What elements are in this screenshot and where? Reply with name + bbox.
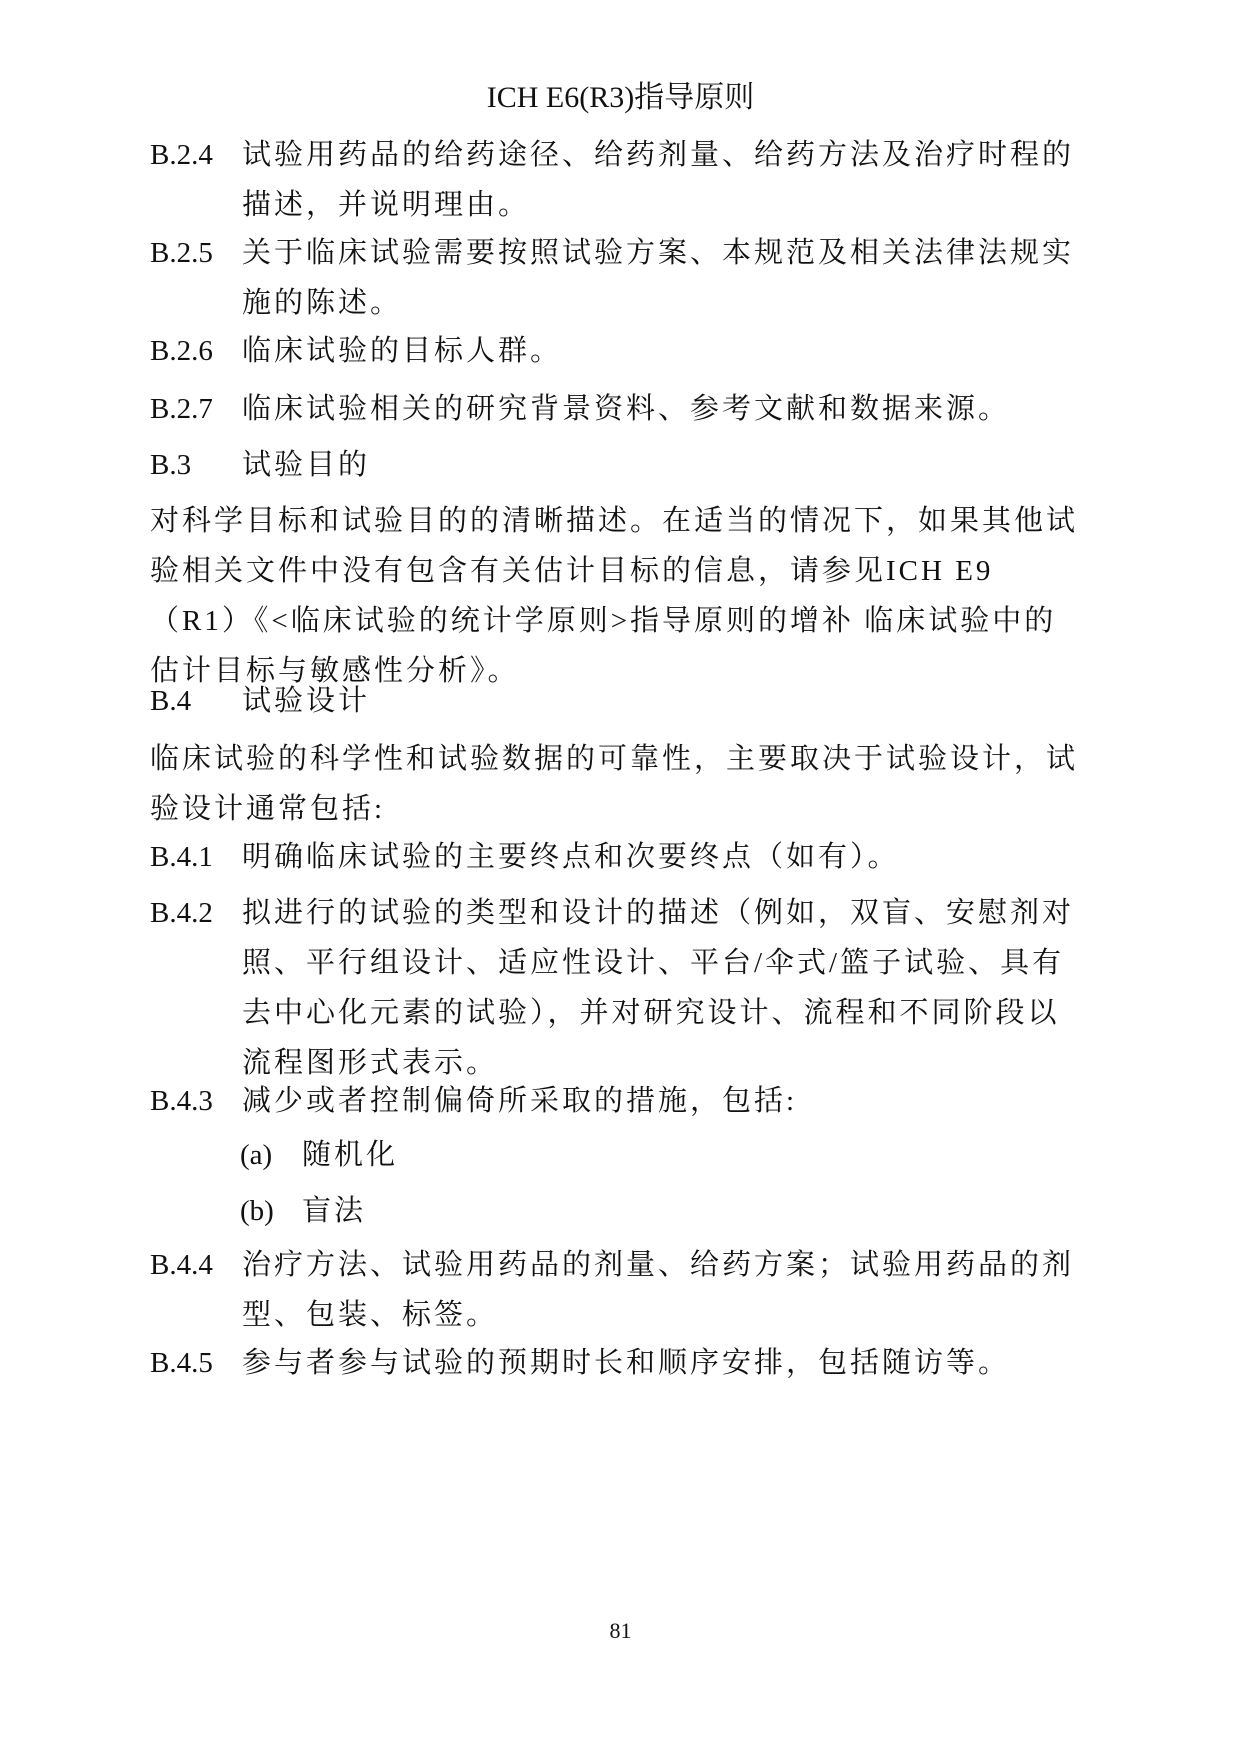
section-b-2-6: B.2.6 临床试验的目标人群。 [150, 326, 1080, 376]
section-b-3-heading: B.3 试验目的 [150, 440, 1080, 490]
paragraph-b-4: 临床试验的科学性和试验数据的可靠性，主要取决于试验设计，试验设计通常包括: [150, 734, 1080, 834]
section-text: 临床试验的目标人群。 [242, 326, 1080, 376]
section-b-2-5: B.2.5 关于临床试验需要按照试验方案、本规范及相关法律法规实施的陈述。 [150, 228, 1080, 328]
section-title: 试验设计 [242, 676, 1080, 726]
section-b-4-heading: B.4 试验设计 [150, 676, 1080, 726]
section-number: B.4 [150, 676, 242, 726]
subitem-b: (b) 盲法 [240, 1186, 366, 1236]
section-b-4-5: B.4.5 参与者参与试验的预期时长和顺序安排，包括随访等。 [150, 1338, 1080, 1388]
section-number: B.4.2 [150, 888, 242, 1088]
section-number: B.2.4 [150, 130, 242, 230]
subitem-label: (b) [240, 1186, 302, 1236]
section-number: B.4.4 [150, 1240, 242, 1340]
section-text: 临床试验相关的研究背景资料、参考文献和数据来源。 [242, 384, 1080, 434]
subitem-a: (a) 随机化 [240, 1130, 398, 1180]
section-text: 关于临床试验需要按照试验方案、本规范及相关法律法规实施的陈述。 [242, 228, 1080, 328]
section-text: 减少或者控制偏倚所采取的措施，包括: [242, 1076, 1080, 1126]
section-number: B.4.1 [150, 832, 242, 882]
page-number: 81 [0, 1618, 1241, 1644]
section-b-4-1: B.4.1 明确临床试验的主要终点和次要终点（如有）。 [150, 832, 1080, 882]
section-text: 拟进行的试验的类型和设计的描述（例如，双盲、安慰剂对照、平行组设计、适应性设计、… [242, 888, 1080, 1088]
section-b-2-4: B.2.4 试验用药品的给药途径、给药剂量、给药方法及治疗时程的描述，并说明理由… [150, 130, 1080, 230]
section-number: B.4.5 [150, 1338, 242, 1388]
section-number: B.2.6 [150, 326, 242, 376]
section-text: 试验用药品的给药途径、给药剂量、给药方法及治疗时程的描述，并说明理由。 [242, 130, 1080, 230]
section-number: B.3 [150, 440, 242, 490]
section-text: 明确临床试验的主要终点和次要终点（如有）。 [242, 832, 1080, 882]
paragraph-b-3: 对科学目标和试验目的的清晰描述。在适当的情况下，如果其他试验相关文件中没有包含有… [150, 496, 1080, 696]
section-text: 治疗方法、试验用药品的剂量、给药方案；试验用药品的剂型、包装、标签。 [242, 1240, 1080, 1340]
section-b-4-4: B.4.4 治疗方法、试验用药品的剂量、给药方案；试验用药品的剂型、包装、标签。 [150, 1240, 1080, 1340]
section-number: B.2.5 [150, 228, 242, 328]
subitem-text: 盲法 [302, 1186, 366, 1236]
section-number: B.2.7 [150, 384, 242, 434]
subitem-label: (a) [240, 1130, 302, 1180]
section-text: 参与者参与试验的预期时长和顺序安排，包括随访等。 [242, 1338, 1080, 1388]
section-number: B.4.3 [150, 1076, 242, 1126]
section-b-4-3: B.4.3 减少或者控制偏倚所采取的措施，包括: [150, 1076, 1080, 1126]
subitem-text: 随机化 [302, 1130, 398, 1180]
section-b-4-2: B.4.2 拟进行的试验的类型和设计的描述（例如，双盲、安慰剂对照、平行组设计、… [150, 888, 1080, 1088]
section-b-2-7: B.2.7 临床试验相关的研究背景资料、参考文献和数据来源。 [150, 384, 1080, 434]
page-header: ICH E6(R3)指导原则 [0, 78, 1241, 118]
section-title: 试验目的 [242, 440, 1080, 490]
